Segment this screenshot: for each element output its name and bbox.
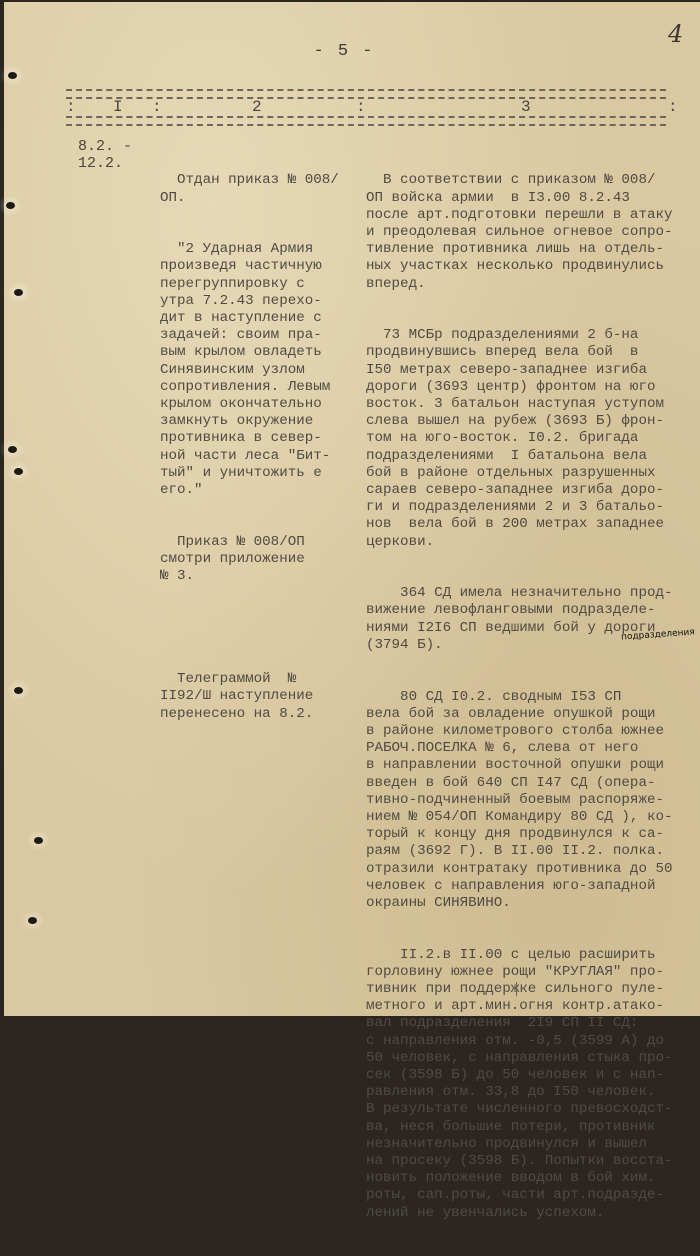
order-quote-paragraph: "2 Ударная Армия произведя частичную пер… [160,241,360,499]
order-reference-paragraph: Приказ № 008/ОП смотри приложение № 3. [160,534,360,586]
column-header-3: 3 [521,98,531,116]
column-header-2: 2 [252,98,262,116]
operations-paragraph: II.2.в II.00 с целью расширить горловину… [366,947,700,1020]
column-separator: : [152,98,162,116]
binding-hole-icon [8,446,17,453]
binding-hole-icon [14,468,23,475]
binding-hole-icon [14,289,23,296]
column-2-orders: Отдан приказ № 008/ ОП. "2 Ударная Армия… [160,138,360,757]
spacer [160,620,360,637]
binding-hole-icon [6,202,15,209]
column-separator: : [66,98,76,116]
entry-date: 8.2. - 12.2. [78,138,132,172]
archive-page-mark: 4 [668,20,683,48]
column-separator: : [668,98,678,116]
binding-hole-icon [8,72,17,79]
operations-paragraph: В соответствии с приказом № 008/ ОП войс… [366,172,700,292]
operations-paragraph: 364 СД имела незначительно прод- вижение… [366,585,700,654]
telegram-paragraph: Телеграммой № II92/Ш наступление перенес… [160,671,360,723]
column-3-operations: В соответствии с приказом № 008/ ОП войс… [366,138,700,1020]
operations-paragraph: 73 МСБр подразделениями 2 б-на продвинув… [366,327,700,551]
column-separator: : [356,98,366,116]
table-rule-bottom [66,116,666,126]
operations-paragraph: 80 СД I0.2. сводным I53 СП вела бой за о… [366,689,700,913]
order-paragraph: Отдан приказ № 008/ ОП. [160,172,360,206]
paper-mark [516,982,517,996]
page-number: - 5 - [304,42,384,61]
binding-hole-icon [28,917,37,924]
column-header-1: I [113,98,123,116]
binding-hole-icon [34,837,43,844]
binding-hole-icon [14,687,23,694]
document-page: 4 - 5 - : I : 2 : 3 : 8.2. - 12.2. Отдан… [4,2,700,1016]
